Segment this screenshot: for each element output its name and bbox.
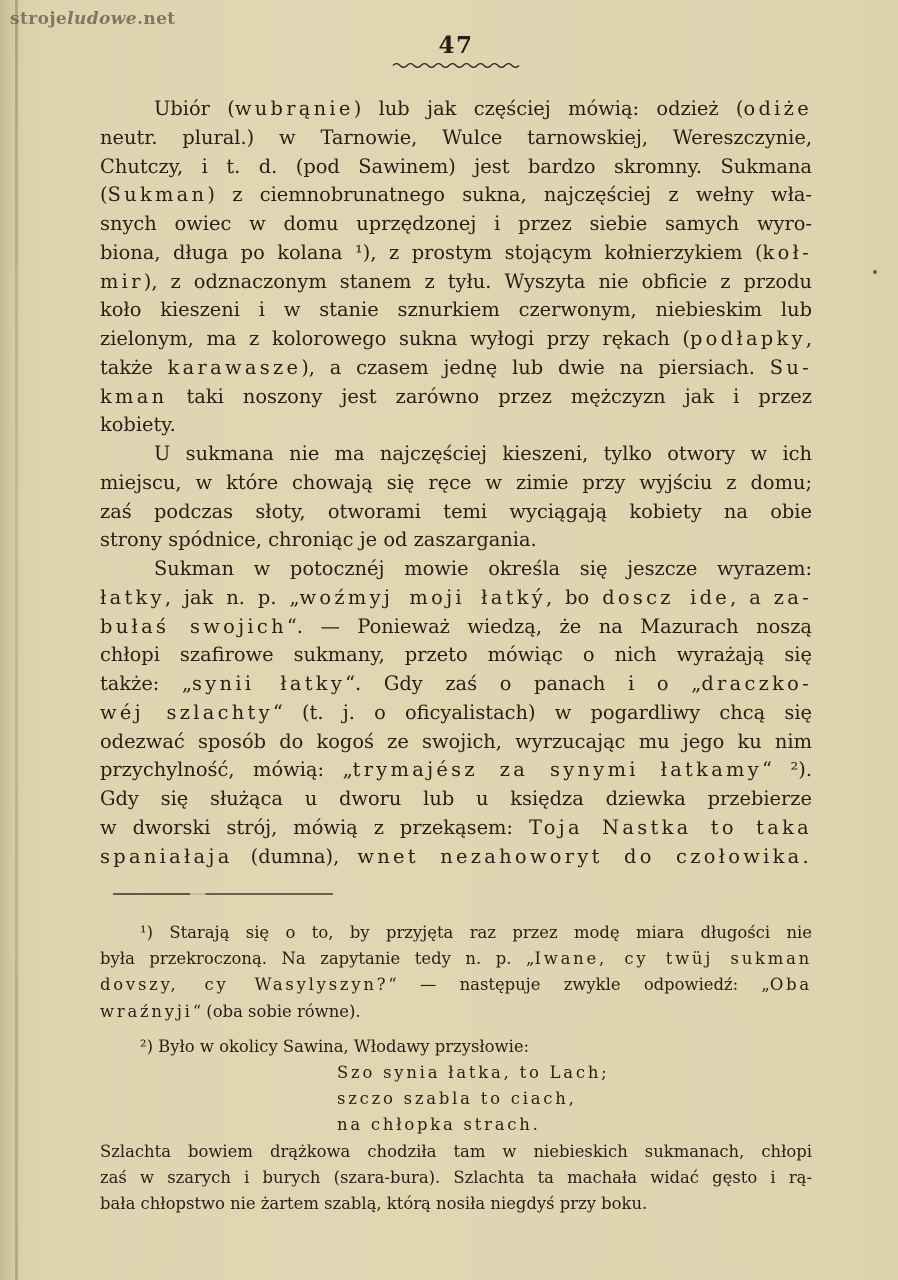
text-segment: strony spódnice, chroniąc je od zaszarga… bbox=[100, 528, 537, 551]
text-segment: draczko- bbox=[701, 672, 812, 695]
text-line: Gdy się służąca u dworu lub u księdza dz… bbox=[100, 785, 812, 814]
text-line: bała chłopstwo nie żartem szablą, którą … bbox=[100, 1191, 812, 1217]
text-segment: Gdy się służąca u dworu lub u księdza dz… bbox=[100, 787, 812, 810]
text-segment: , a bbox=[730, 586, 774, 609]
text-line: wéj szlachty“ (t. j. o oficyalistach) w … bbox=[100, 699, 812, 728]
text-segment: na chłopka strach. bbox=[337, 1115, 541, 1134]
text-segment: ¹) Starają się o to, by przyjęta raz prz… bbox=[140, 923, 812, 942]
text-line: snych owiec w domu uprzędzonej i przez s… bbox=[100, 210, 812, 239]
text-line: spaniałaja (dumna), wnet nezahoworyt do … bbox=[100, 843, 812, 872]
text-line: wraźnyji“ (oba sobie równe). bbox=[100, 999, 812, 1025]
text-segment: ), z odznaczonym stanem z tyłu. Wyszyta … bbox=[144, 270, 812, 293]
text-segment: “ ²). bbox=[762, 758, 812, 781]
text-segment: także: „ bbox=[100, 672, 192, 695]
wavy-rule-icon bbox=[392, 61, 520, 70]
text-line: odezwać sposób do kogoś ze swojich, wyrz… bbox=[100, 728, 812, 757]
text-segment: Iwane, cy twüj sukman bbox=[535, 949, 812, 968]
text-segment: “. — Ponieważ wiedzą, że na Mazurach nos… bbox=[287, 615, 812, 638]
text-segment: ) z ciemnobrunatnego sukna, najczęściej … bbox=[207, 183, 812, 206]
text-segment: Oba bbox=[770, 975, 812, 994]
text-line: bułaś swojich“. — Ponieważ wiedzą, że na… bbox=[100, 613, 812, 642]
text-segment: doscz ide bbox=[602, 586, 730, 609]
text-line: miejscu, w które chowają się ręce w zimi… bbox=[100, 469, 812, 498]
text-segment: , jak n. p. „ bbox=[165, 586, 300, 609]
text-segment: kman bbox=[100, 385, 167, 408]
text-line: szczo szabla to ciach, bbox=[100, 1086, 812, 1112]
text-line: kobiety. bbox=[100, 411, 812, 440]
text-segment: “ (oba sobie równe). bbox=[193, 1002, 361, 1021]
text-segment: ²) Było w okolicy Sawina, Włodawy przysł… bbox=[140, 1037, 529, 1056]
text-line: mir), z odznaczonym stanem z tyłu. Wyszy… bbox=[100, 268, 812, 297]
footnote-separator bbox=[113, 893, 333, 895]
text-segment: karawasze bbox=[168, 356, 302, 379]
text-segment: spaniałaja bbox=[100, 845, 233, 868]
text-line: Szo synia łatka, to Lach; bbox=[100, 1060, 812, 1086]
text-segment: Sukman bbox=[108, 183, 208, 206]
text-line: także: „synii łatky“. Gdy zaś o panach i… bbox=[100, 670, 812, 699]
text-line: biona, długa po kolana ¹), z prostym sto… bbox=[100, 239, 812, 268]
book-page: strojeludowe.net 47 Ubiór (wubrąnie) lub… bbox=[0, 0, 898, 1280]
text-segment: koło kieszeni i w stanie sznurkiem czerw… bbox=[100, 298, 812, 321]
text-segment: wéj szlachty bbox=[100, 701, 273, 724]
text-line: chłopi szafirowe sukmany, przeto mówiąc … bbox=[100, 641, 812, 670]
text-segment: dovszy, cy Wasylyszyn? bbox=[100, 975, 388, 994]
text-segment: trymajész za synymi łatkamy bbox=[353, 758, 762, 781]
text-segment: ) lub jak częściej mówią: odzież ( bbox=[354, 97, 744, 120]
text-line: zaś w szarych i burych (szara-bura). Szl… bbox=[100, 1165, 812, 1191]
text-line: była przekroczoną. Na zapytanie tedy n. … bbox=[100, 946, 812, 972]
text-segment: Szo synia łatka, to Lach; bbox=[337, 1063, 609, 1082]
text-line: ¹) Starają się o to, by przyjęta raz prz… bbox=[100, 920, 812, 946]
main-text: Ubiór (wubrąnie) lub jak częściej mówią:… bbox=[100, 95, 812, 871]
text-line: na chłopka strach. bbox=[100, 1112, 812, 1138]
text-line: Ubiór (wubrąnie) lub jak częściej mówią:… bbox=[100, 95, 812, 124]
text-segment: woźmyj moji łatký bbox=[300, 586, 546, 609]
text-line: (Sukman) z ciemnobrunatnego sukna, najcz… bbox=[100, 181, 812, 210]
text-line: kman taki noszony jest zarówno przez męż… bbox=[100, 383, 812, 412]
text-segment: odiże bbox=[744, 97, 812, 120]
text-line: ²) Było w okolicy Sawina, Włodawy przysł… bbox=[100, 1034, 812, 1060]
text-segment: wubrąnie bbox=[235, 97, 354, 120]
text-segment: zaś podczas słoty, otworami temi wyciąga… bbox=[100, 500, 812, 523]
text-line: łatky, jak n. p. „woźmyj moji łatký, bo … bbox=[100, 584, 812, 613]
text-line: w dworski strój, mówią z przekąsem: Toja… bbox=[100, 814, 812, 843]
text-line: zielonym, ma z kolorowego sukna wyłogi p… bbox=[100, 325, 812, 354]
text-line: dovszy, cy Wasylyszyn?“ — następuje zwyk… bbox=[100, 972, 812, 998]
text-segment: zaś w szarych i burych (szara-bura). Szl… bbox=[100, 1168, 812, 1187]
text-segment: kobiety. bbox=[100, 413, 176, 436]
text-segment: U sukmana nie ma najczęściej kieszeni, t… bbox=[154, 442, 812, 465]
text-line: Szlachta bowiem drążkowa chodziła tam w … bbox=[100, 1139, 812, 1165]
text-segment: neutr. plural.) w Tarnowie, Wulce tarnow… bbox=[100, 126, 812, 149]
watermark: strojeludowe.net bbox=[10, 9, 176, 29]
text-line: neutr. plural.) w Tarnowie, Wulce tarnow… bbox=[100, 124, 812, 153]
text-line: strony spódnice, chroniąc je od zaszarga… bbox=[100, 526, 812, 555]
text-line: U sukmana nie ma najczęściej kieszeni, t… bbox=[100, 440, 812, 469]
text-segment: (dumna), bbox=[233, 845, 358, 868]
scan-speck bbox=[873, 270, 877, 274]
watermark-ludowe: ludowe bbox=[67, 9, 137, 29]
text-segment: “ (t. j. o oficyalistach) w pogardliwy c… bbox=[273, 701, 812, 724]
footnotes: ¹) Starają się o to, by przyjęta raz prz… bbox=[100, 920, 812, 1217]
page-header: 47 bbox=[100, 33, 812, 70]
watermark-stroje: stroje bbox=[10, 9, 67, 29]
text-segment: mir bbox=[100, 270, 144, 293]
text-segment: wraźnyji bbox=[100, 1002, 193, 1021]
text-segment: przychylność, mówią: „ bbox=[100, 758, 353, 781]
text-segment: bała chłopstwo nie żartem szablą, którą … bbox=[100, 1194, 647, 1213]
text-segment: , bo bbox=[546, 586, 602, 609]
text-segment: ( bbox=[100, 183, 108, 206]
text-segment: chłopi szafirowe sukmany, przeto mówiąc … bbox=[100, 643, 812, 666]
text-segment: łatky bbox=[100, 586, 165, 609]
text-segment: koł- bbox=[763, 241, 812, 264]
text-segment: za- bbox=[774, 586, 812, 609]
text-segment: biona, długa po kolana ¹), z prostym sto… bbox=[100, 241, 763, 264]
text-segment: taki noszony jest zarówno przez mężczyzn… bbox=[167, 385, 812, 408]
text-segment: synii łatky bbox=[192, 672, 345, 695]
text-segment: szczo szabla to ciach, bbox=[337, 1089, 577, 1108]
text-segment: w dworski strój, mówią z przekąsem: bbox=[100, 816, 529, 839]
text-segment: Sukman w potocznéj mowie określa się jes… bbox=[154, 557, 812, 580]
text-line: także karawasze), a czasem jednę lub dwi… bbox=[100, 354, 812, 383]
text-segment: ), a czasem jednę lub dwie na piersiach. bbox=[301, 356, 770, 379]
text-segment: Ubiór ( bbox=[154, 97, 235, 120]
text-segment: “ — następuje zwykle odpowiedź: „ bbox=[388, 975, 770, 994]
watermark-net: .net bbox=[137, 9, 176, 29]
text-line: przychylność, mówią: „trymajész za synym… bbox=[100, 756, 812, 785]
page-number: 47 bbox=[100, 33, 812, 59]
text-line: Sukman w potocznéj mowie określa się jes… bbox=[100, 555, 812, 584]
text-segment: także bbox=[100, 356, 168, 379]
text-segment: zielonym, ma z kolorowego sukna wyłogi p… bbox=[100, 327, 690, 350]
text-segment: odezwać sposób do kogoś ze swojich, wyrz… bbox=[100, 730, 812, 753]
text-segment: Chutczy, i t. d. (pod Sawinem) jest bard… bbox=[100, 155, 812, 178]
text-segment: podłapky bbox=[690, 327, 806, 350]
text-segment: miejscu, w które chowają się ręce w zimi… bbox=[100, 471, 812, 494]
text-segment: bułaś swojich bbox=[100, 615, 287, 638]
text-segment: wnet nezahoworyt do czołowika. bbox=[357, 845, 812, 868]
text-line: Chutczy, i t. d. (pod Sawinem) jest bard… bbox=[100, 153, 812, 182]
text-segment: Toja Nastka to taka bbox=[529, 816, 812, 839]
text-segment: Su- bbox=[770, 356, 812, 379]
text-segment: snych owiec w domu uprzędzonej i przez s… bbox=[100, 212, 812, 235]
text-segment: “. Gdy zaś o panach i o „ bbox=[345, 672, 701, 695]
text-line: zaś podczas słoty, otworami temi wyciąga… bbox=[100, 498, 812, 527]
text-line: koło kieszeni i w stanie sznurkiem czerw… bbox=[100, 296, 812, 325]
text-segment: Szlachta bowiem drążkowa chodziła tam w … bbox=[100, 1142, 812, 1161]
text-segment: była przekroczoną. Na zapytanie tedy n. … bbox=[100, 949, 535, 968]
text-segment: , bbox=[806, 327, 812, 350]
